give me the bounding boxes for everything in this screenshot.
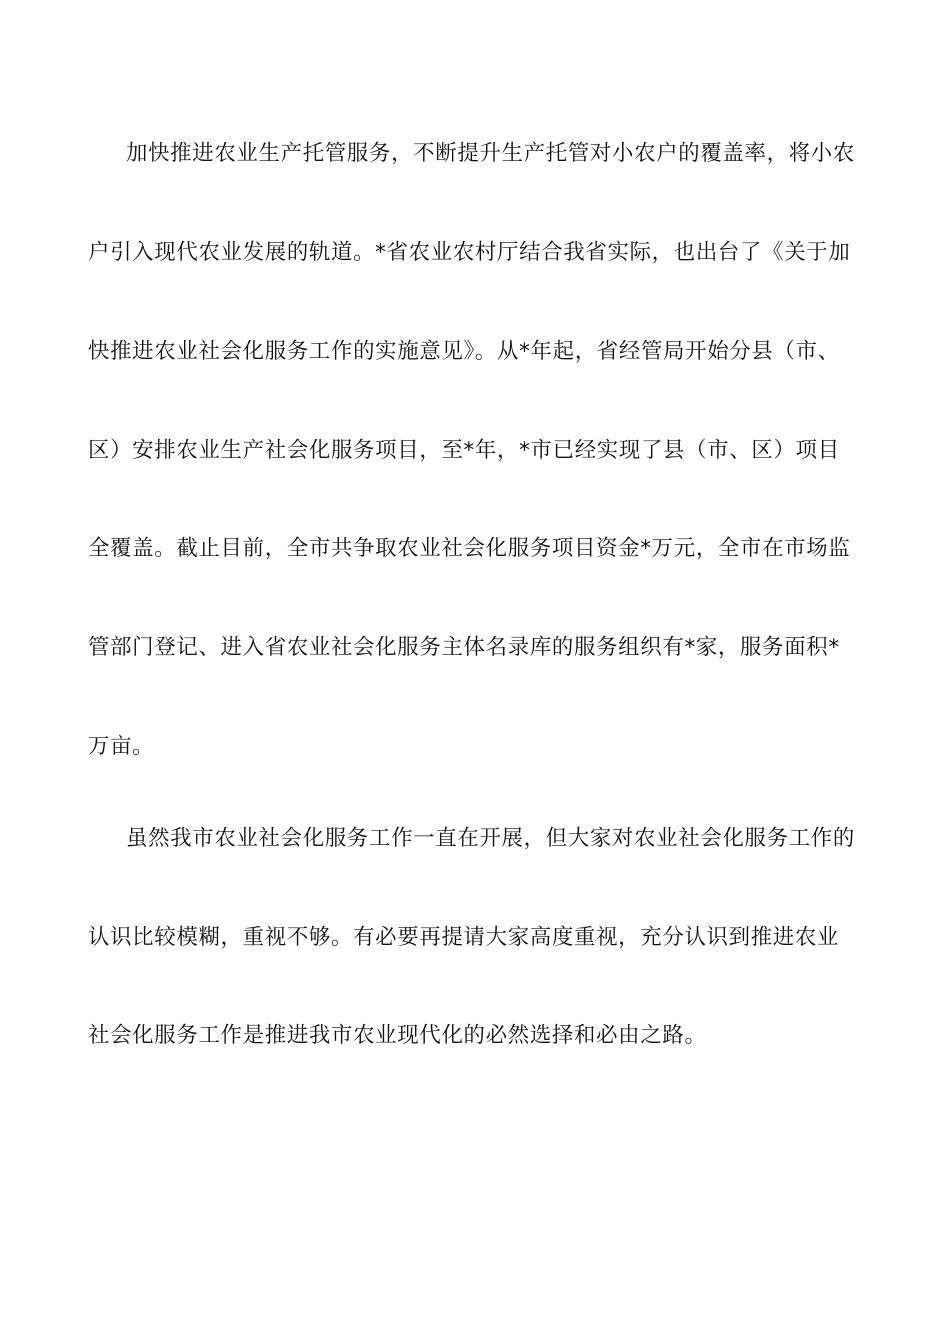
text-line: 虽然我市农业社会化服务工作一直在开展，但大家对农业社会化服务工作的: [126, 824, 906, 854]
text-line: 万亩。: [88, 732, 868, 762]
text-line: 管部门登记、进入省农业社会化服务主体名录库的服务组织有*家，服务面积*: [88, 633, 868, 663]
text-line: 社会化服务工作是推进我市农业现代化的必然选择和必由之路。: [88, 1021, 868, 1051]
text-line: 区）安排农业生产社会化服务项目，至*年，*市已经实现了县（市、区）项目: [88, 436, 868, 466]
text-line: 全覆盖。截止目前，全市共争取农业社会化服务项目资金*万元，全市在市场监: [88, 534, 868, 564]
text-line: 快推进农业社会化服务工作的实施意见》。从*年起，省经管局开始分县（市、: [88, 337, 868, 367]
text-line: 认识比较模糊，重视不够。有必要再提请大家高度重视，充分认识到推进农业: [88, 923, 868, 953]
text-line: 户引入现代农业发展的轨道。*省农业农村厅结合我省实际，也出台了《关于加: [88, 238, 868, 268]
text-line: 加快推进农业生产托管服务，不断提升生产托管对小农户的覆盖率，将小农: [126, 139, 906, 169]
document-page: 加快推进农业生产托管服务，不断提升生产托管对小农户的覆盖率，将小农 户引入现代农…: [0, 0, 950, 1344]
